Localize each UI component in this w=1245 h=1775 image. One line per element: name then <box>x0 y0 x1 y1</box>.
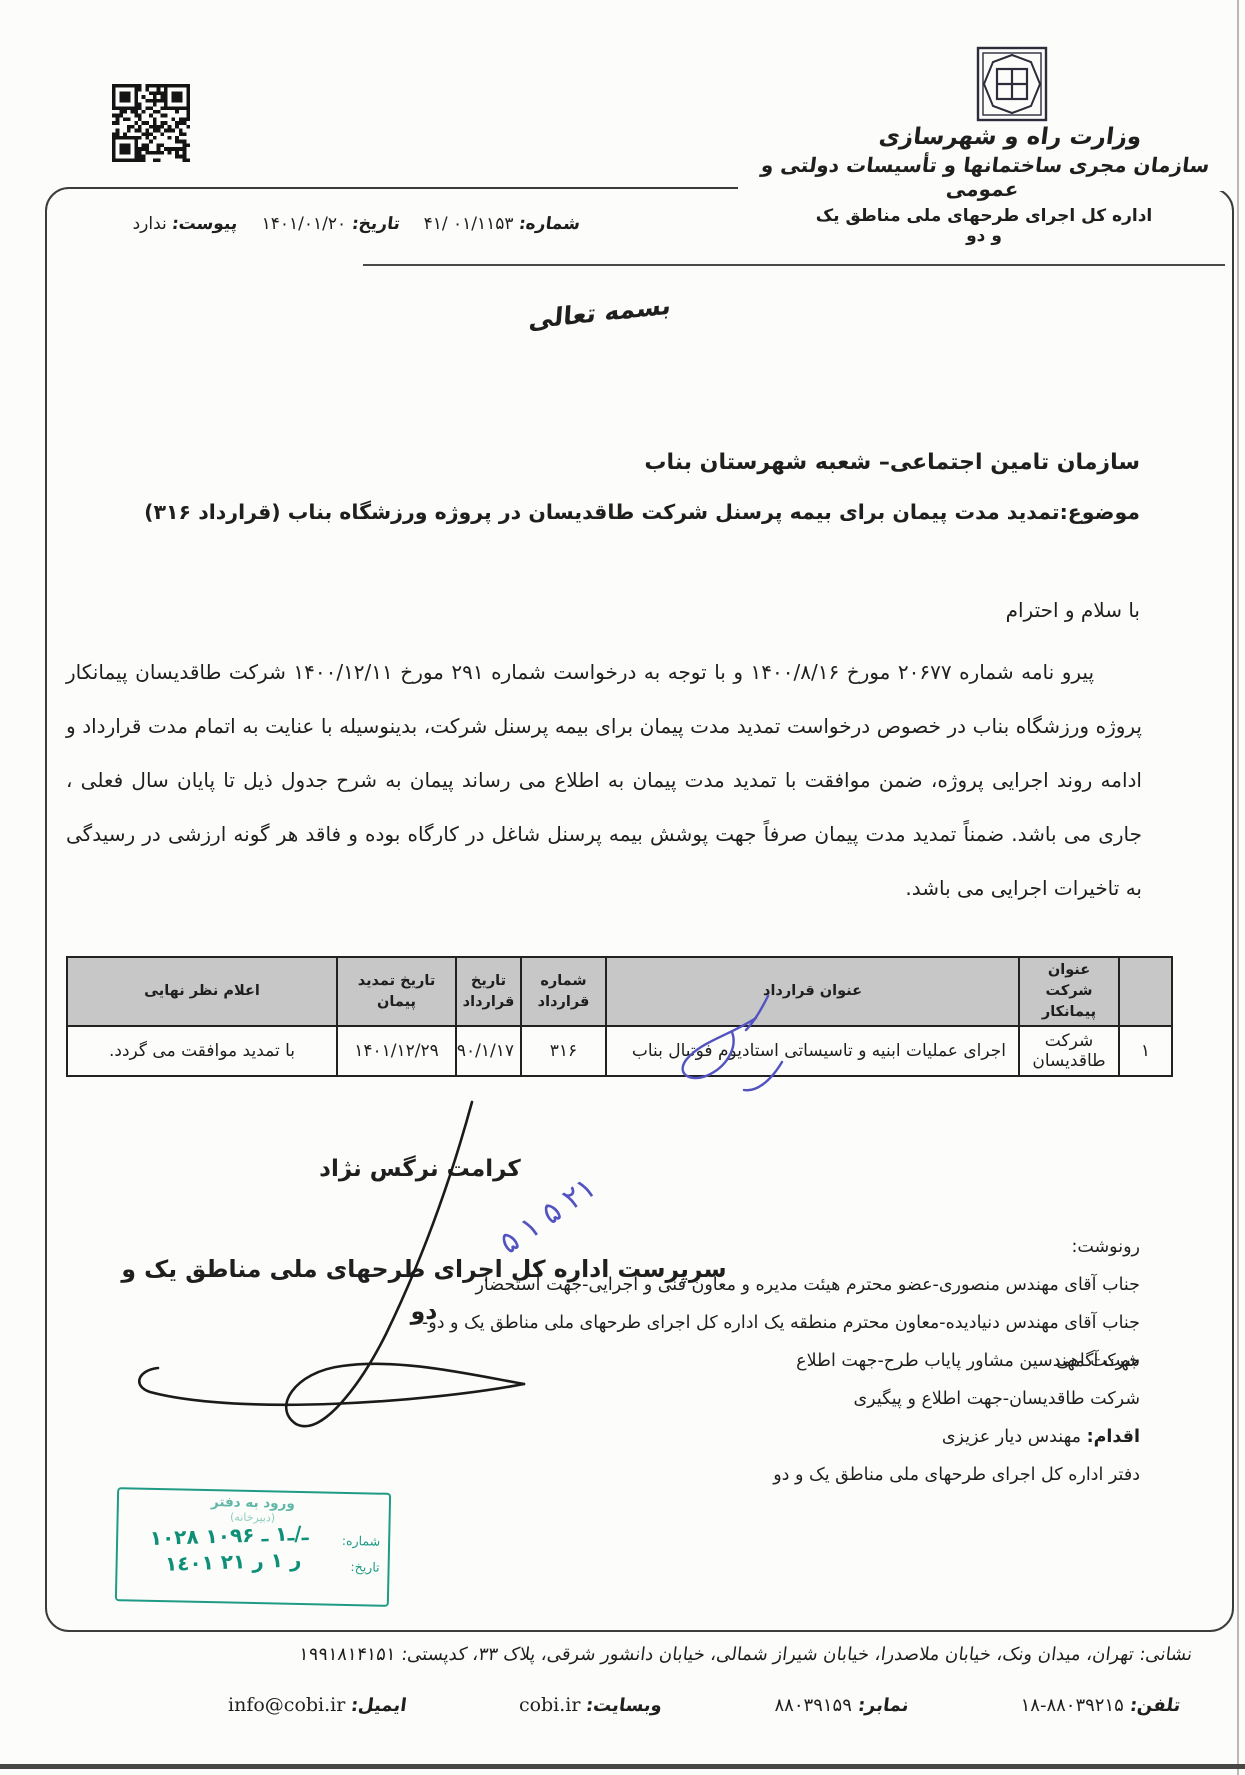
cell-extension-date: ۱۴۰۱/۱۲/۲۹ <box>337 1026 456 1076</box>
footer-phone: تلفن: ۱۸-۸۸۰۳۹۲۱۵ <box>1021 1695 1180 1716</box>
contract-table-wrap: عنوان شرکت پیمانکار عنوان قرارداد شماره … <box>68 956 1173 1077</box>
email-value: info@cobi.ir <box>228 1694 345 1716</box>
ministry-emblem-icon <box>972 44 1052 126</box>
organization-name-text: سازمان مجری ساختمانها و تأسیسات دولتی و … <box>735 153 1233 201</box>
letter-meta-row: شماره: ۴۱/ ۰۱/۱۱۵۳ تاریخ: ۱۴۰۱/۰۱/۲۰ پیو… <box>80 214 580 234</box>
organization-name: سازمان مجری ساختمانها و تأسیسات دولتی و … <box>738 153 1230 191</box>
action-value: مهندس دیار عزیزی <box>942 1427 1081 1447</box>
stamp-date-row: تاریخ: ۱٤۰۱ ر ۱ ر ۲۱ <box>123 1547 379 1578</box>
footer-email: ایمیل: info@cobi.ir <box>228 1694 407 1716</box>
table-header-row: عنوان شرکت پیمانکار عنوان قرارداد شماره … <box>67 957 1172 1026</box>
footer-website: وبسایت: cobi.ir <box>519 1694 662 1716</box>
header-contract-date: تاریخ قرارداد <box>456 957 521 1026</box>
scan-edge-bottom <box>0 1764 1245 1769</box>
cc-item: جناب آقای مهندس دنیادیده-معاون محترم منط… <box>420 1304 1140 1342</box>
cell-contractor: شرکت طاقدیسان <box>1019 1026 1119 1076</box>
subject-line: موضوع:تمدید مدت پیمان برای بیمه پرسنل شر… <box>70 500 1140 524</box>
stamp-date-label: تاریخ: <box>350 1559 379 1575</box>
cell-contract-date: ۹۰/۱/۱۷ <box>456 1026 521 1076</box>
table-row: ۱ شرکت طاقدیسان اجرای عملیات ابنیه و تاس… <box>67 1026 1172 1076</box>
website-label: وبسایت: <box>585 1695 664 1716</box>
cc-item: جناب آقای مهندس منصوری-عضو محترم هیئت مد… <box>420 1266 1140 1304</box>
fax-label: نمابر: <box>856 1695 909 1716</box>
number-value: ۴۱/ ۰۱/۱۱۵۳ <box>424 214 514 234</box>
fax-value: ۸۸۰۳۹۱۵۹ <box>775 1695 852 1716</box>
cell-contract-no: ۳۱۶ <box>521 1026 606 1076</box>
header-contractor: عنوان شرکت پیمانکار <box>1019 957 1119 1026</box>
stamp-date-handwriting: ۱٤۰۱ ر ۱ ر ۲۱ <box>123 1546 343 1577</box>
action-label: اقدام: <box>1087 1427 1140 1447</box>
phone-label: تلفن: <box>1128 1695 1181 1716</box>
phone-value: ۱۸-۸۸۰۳۹۲۱۵ <box>1021 1695 1124 1716</box>
stamp-number-handwriting: ۱۰ـ/ـ۱ ـ ۱۰۹۶ ۲۸ <box>124 1520 334 1551</box>
footer-contacts: تلفن: ۱۸-۸۸۰۳۹۲۱۵ نمابر: ۸۸۰۳۹۱۵۹ وبسایت… <box>228 1694 1180 1716</box>
scan-edge-right <box>1237 0 1239 1775</box>
cc-label: رونوشت: <box>420 1228 1140 1266</box>
ministry-name-text: وزارت راه و شهرسازی <box>877 124 1143 150</box>
cc-block: رونوشت: جناب آقای مهندس منصوری-عضو محترم… <box>420 1228 1140 1494</box>
ministry-name: وزارت راه و شهرسازی <box>850 124 1170 150</box>
cc-item: شرکت مهندسین مشاور پایاب طرح-جهت اطلاع <box>420 1342 1140 1380</box>
registry-entry-stamp: ورود به دفتر (دبیرخانه) شماره: ۱۰ـ/ـ۱ ـ … <box>115 1487 391 1607</box>
website-value: cobi.ir <box>519 1694 581 1716</box>
header-extension-date: تاریخ تمدید پیمان <box>337 957 456 1026</box>
cell-final-opinion: با تمدید موافقت می گردد. <box>67 1026 337 1076</box>
contract-table: عنوان شرکت پیمانکار عنوان قرارداد شماره … <box>66 956 1173 1077</box>
attachment-label: پیوست: <box>171 214 239 234</box>
salutation-line: با سلام و احترام <box>70 598 1140 622</box>
header-row-no <box>1119 957 1172 1026</box>
header-contract-no: شماره قرارداد <box>521 957 606 1026</box>
cell-row-no: ۱ <box>1119 1026 1172 1076</box>
header-final-opinion: اعلام نظر نهایی <box>67 957 337 1026</box>
cell-contract-title: اجرای عملیات ابنیه و تاسیساتی استادیوم ف… <box>606 1026 1019 1076</box>
header-separator-line <box>363 264 1225 266</box>
meta-number: شماره: ۴۱/ ۰۱/۱۱۵۳ <box>424 214 580 234</box>
footer-address-text: نشانی: تهران، میدان ونک، خیابان ملاصدرا،… <box>298 1644 1194 1665</box>
date-value: ۱۴۰۱/۰۱/۲۰ <box>262 214 347 234</box>
meta-attachment: پیوست: ندارد <box>133 214 238 234</box>
qr-code-icon <box>112 84 190 162</box>
email-label: ایمیل: <box>350 1695 408 1716</box>
meta-date: تاریخ: ۱۴۰۱/۰۱/۲۰ <box>262 214 400 234</box>
stamp-number-label: شماره: <box>342 1533 381 1549</box>
header-contract-title: عنوان قرارداد <box>606 957 1019 1026</box>
body-paragraph: پیرو نامه شماره ۲۰۶۷۷ مورخ ۱۴۰۰/۸/۱۶ و ب… <box>66 645 1142 915</box>
cc-action-line: اقدام: مهندس دیار عزیزی <box>420 1418 1140 1456</box>
scanned-letter-page: وزارت راه و شهرسازی سازمان مجری ساختمانه… <box>0 0 1245 1775</box>
cc-office-line: دفتر اداره کل اجرای طرحهای ملی مناطق یک … <box>420 1456 1140 1494</box>
number-label: شماره: <box>518 214 582 234</box>
footer-address: نشانی: تهران، میدان ونک، خیابان ملاصدرا،… <box>280 1644 1192 1665</box>
qr-code-svg <box>112 84 190 162</box>
cc-item: شرکت طاقدیسان-جهت اطلاع و پیگیری <box>420 1380 1140 1418</box>
attachment-value: ندارد <box>133 214 167 234</box>
recipient-line: سازمان تامین اجتماعی– شعبه شهرستان بناب <box>70 450 1140 475</box>
footer-fax: نمابر: ۸۸۰۳۹۱۵۹ <box>775 1695 909 1716</box>
signer-name: کرامت نرگس نژاد <box>250 1156 590 1182</box>
date-label: تاریخ: <box>350 214 400 234</box>
